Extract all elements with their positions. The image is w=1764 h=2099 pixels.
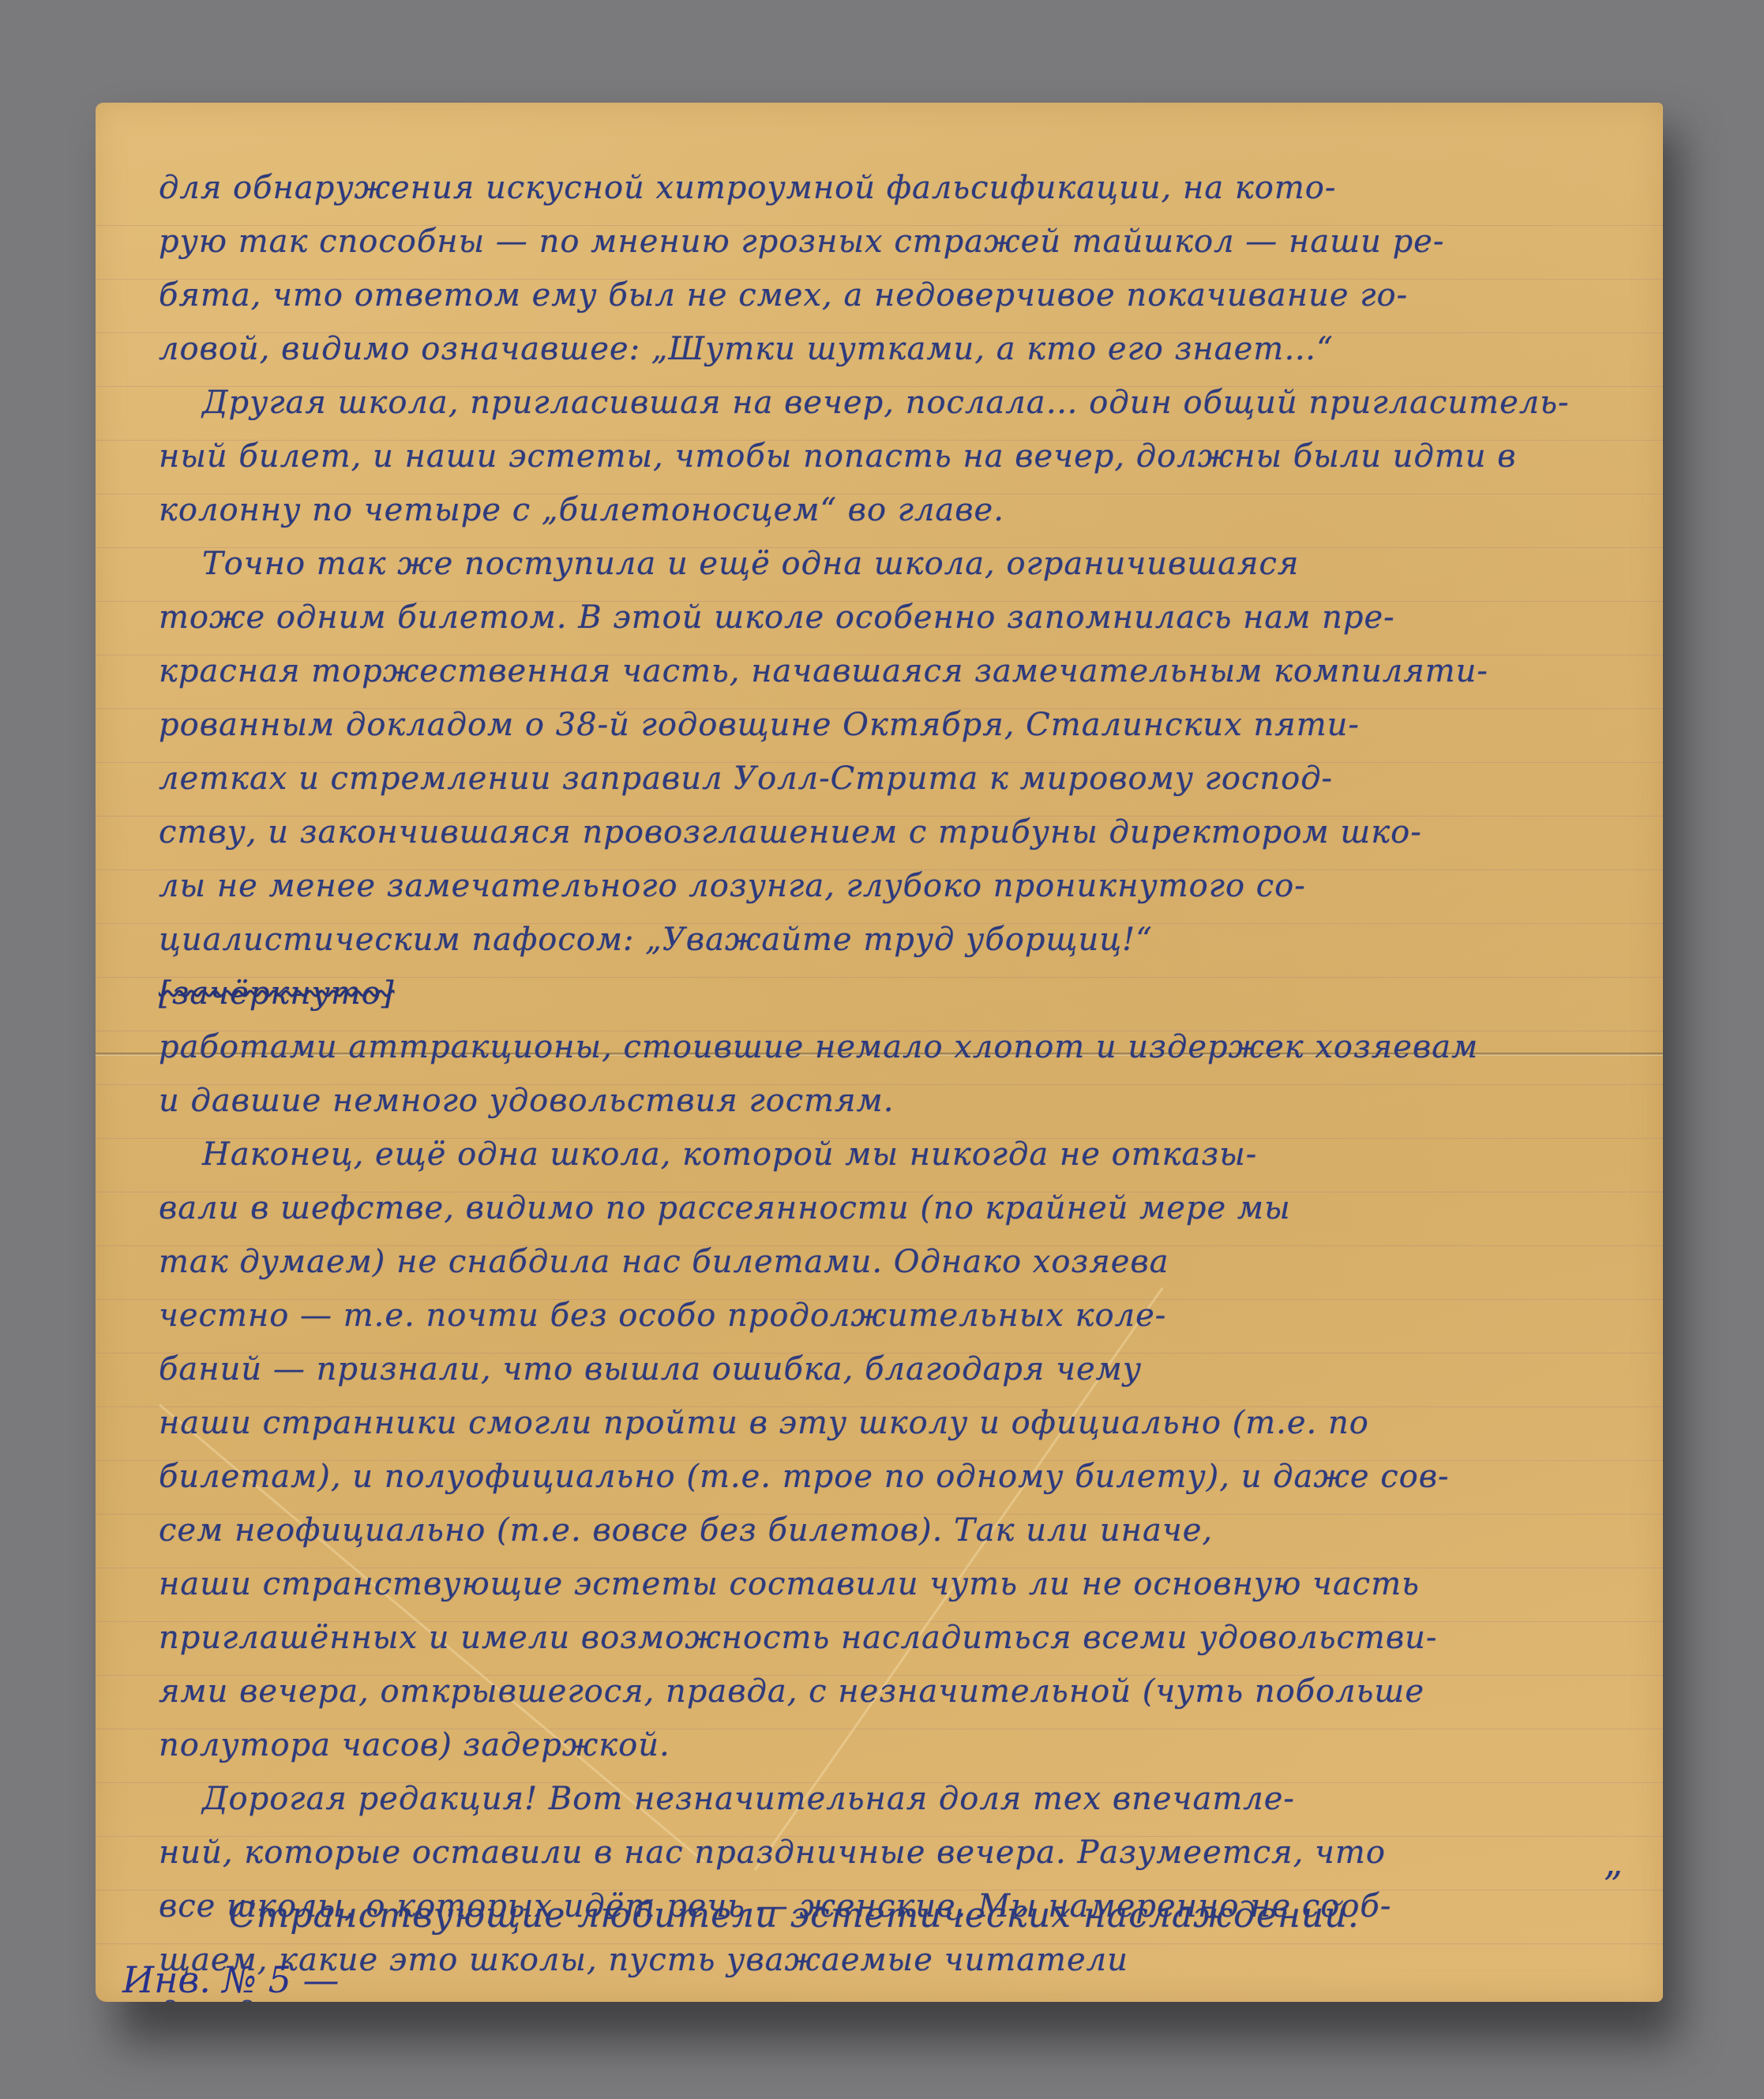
letter-line: летках и стремлении заправил Уолл-Стрита… bbox=[159, 760, 1333, 797]
letter-line: ству, и закончившаяся провозглашением с … bbox=[159, 814, 1422, 850]
letter-line: лы не менее замечательного лозунга, глуб… bbox=[159, 868, 1306, 904]
inventory-label: Инв. № 5 — bbox=[122, 1958, 339, 2001]
letter-line: честно — т.е. почти без особо продолжите… bbox=[159, 1297, 1166, 1334]
letter-line: наши странствующие эстеты составили чуть… bbox=[159, 1566, 1420, 1602]
letter-line: работами аттракционы, стоившие немало хл… bbox=[159, 1029, 1478, 1065]
letter-line: сем неофициально (т.е. вовсе без билетов… bbox=[159, 1512, 1213, 1549]
letter-line: рованным докладом о 38-й годовщине Октяб… bbox=[159, 707, 1360, 743]
letter-line: рую так способны — по мнению грозных стр… bbox=[159, 223, 1444, 260]
letter-line: красная торжественная часть, начавшаяся … bbox=[159, 653, 1488, 689]
letter-line: и давшие немного удовольствия гостям. bbox=[159, 1083, 894, 1119]
letter-line: для обнаружения искусной хитроумной фаль… bbox=[159, 170, 1336, 206]
letter-line: Наконец, ещё одна школа, которой мы нико… bbox=[202, 1136, 1257, 1173]
letter-line: Другая школа, пригласившая на вечер, пос… bbox=[202, 385, 1570, 421]
closing-quote-mark: ” bbox=[1603, 1864, 1623, 1908]
letter-line: так думаем) не снабдила нас билетами. Од… bbox=[159, 1244, 1169, 1280]
letter-line: бята, что ответом ему был не смех, а нед… bbox=[159, 277, 1408, 314]
signature: Странствующие любители эстетических насл… bbox=[229, 1895, 1360, 1936]
letter-line: тоже одним билетом. В этой школе особенн… bbox=[159, 599, 1395, 636]
crossed-out-line: [зачёркнуто] bbox=[159, 975, 394, 1012]
letter-line: Дорогая редакция! Вот незначительная дол… bbox=[202, 1781, 1295, 1817]
letter-page: для обнаружения искусной хитроумной фаль… bbox=[96, 103, 1663, 2002]
letter-line: ний, которые оставили в нас праздничные … bbox=[159, 1834, 1386, 1871]
letter-line: ный билет, и наши эстеты, чтобы попасть … bbox=[159, 438, 1517, 475]
letter-line: наши странники смогли пройти в эту школу… bbox=[159, 1405, 1369, 1441]
letter-line: приглашённых и имели возможность наслади… bbox=[159, 1620, 1437, 1656]
letter-line: вали в шефстве, видимо по рассеянности (… bbox=[159, 1190, 1291, 1226]
letter-line: колонну по четыре с „билетоносцем“ во гл… bbox=[159, 492, 1004, 528]
letter-line: циалистическим пафосом: „Уважайте труд у… bbox=[159, 922, 1153, 958]
letter-line: билетам), и полуофициально (т.е. трое по… bbox=[159, 1459, 1450, 1495]
letter-line: Точно так же поступила и ещё одна школа,… bbox=[202, 546, 1299, 582]
letter-line: полутора часов) задержкой. bbox=[159, 1727, 670, 1763]
letter-line: ловой, видимо означавшее: „Шутки шутками… bbox=[159, 331, 1334, 367]
letter-line: баний — признали, что вышла ошибка, благ… bbox=[159, 1351, 1142, 1387]
letter-line: ями вечера, открывшегося, правда, с незн… bbox=[159, 1673, 1424, 1710]
